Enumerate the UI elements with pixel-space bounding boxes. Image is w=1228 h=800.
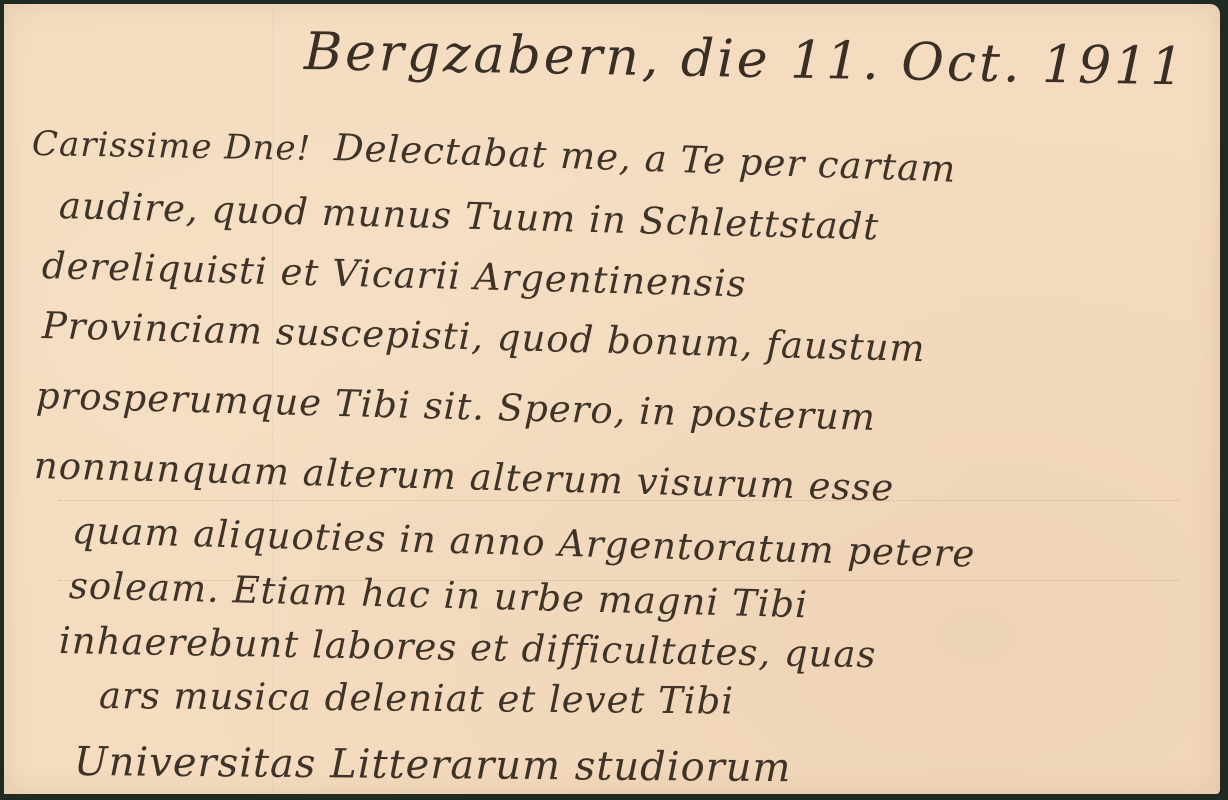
letter-line-1: Delectabat me, a Te per cartam: [333, 126, 957, 191]
letter-line-10: ars musica deleniat et levet Tibi: [99, 674, 735, 723]
place-date-heading: Bergzabern, die 11. Oct. 1911: [303, 22, 1186, 97]
salutation: Carissime Dne!: [32, 124, 312, 169]
letter-line-9: inhaerebunt labores et difficultates, qu…: [59, 619, 877, 676]
letter-line-8: soleam. Etiam hac in urbe magni Tibi: [68, 564, 808, 626]
letter-line-11: Universitas Litterarum studiorum: [74, 739, 792, 791]
letter-line-3: dereliquisti et Vicarii Argentinensis: [41, 244, 747, 305]
letter-line-4: Provinciam suscepisti, quod bonum, faust…: [41, 304, 926, 370]
postcard: Bergzabern, die 11. Oct. 1911 Carissime …: [4, 4, 1220, 794]
letter-line-5: prosperumque Tibi sit. Spero, in posteru…: [35, 374, 876, 439]
letter-line-7: quam aliquoties in anno Argentoratum pet…: [71, 509, 975, 576]
letter-line-2: audire, quod munus Tuum in Schlettstadt: [58, 184, 879, 248]
